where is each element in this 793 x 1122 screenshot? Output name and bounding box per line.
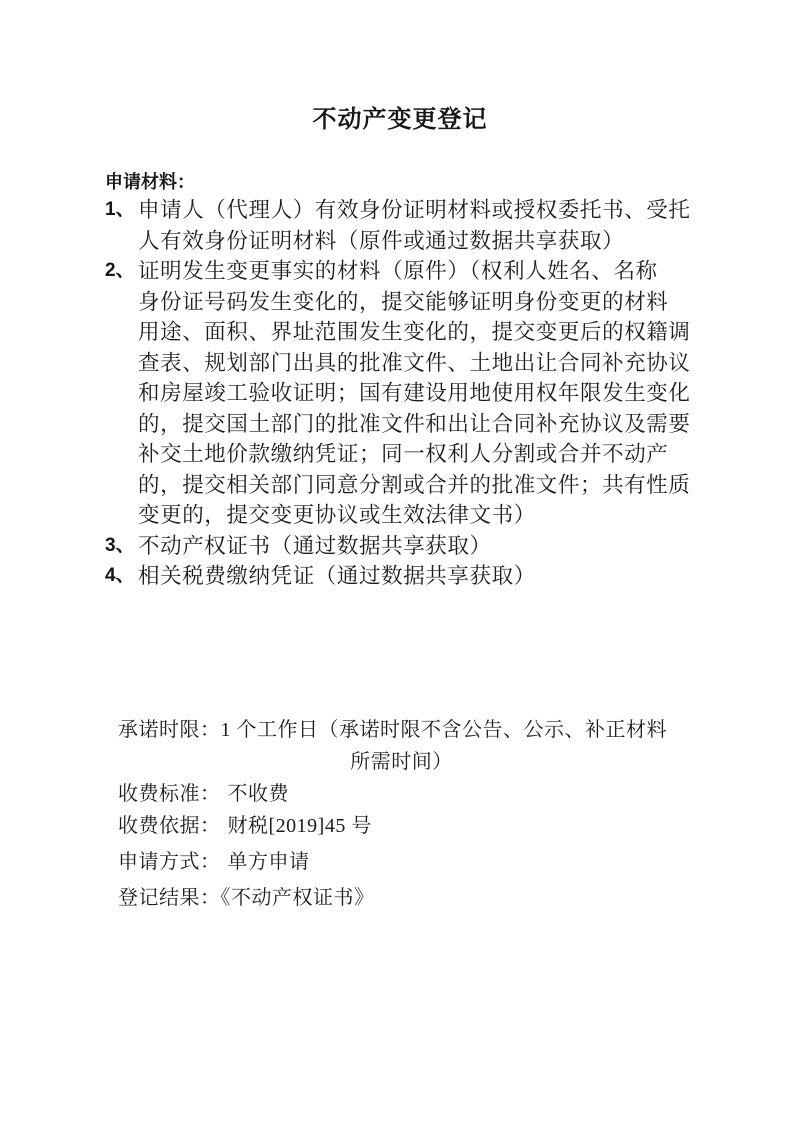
material-item-line: 申请人（代理人）有效身份证明材料或授权委托书、受托 bbox=[138, 195, 695, 226]
material-item-line: 和房屋竣工验收证明；国有建设用地使用权年限发生变化 bbox=[138, 378, 695, 409]
document-page: 不动产变更登记 申请材料： 1、 申请人（代理人）有效身份证明材料或授权委托书、… bbox=[0, 0, 793, 1122]
material-item-line: 人有效身份证明材料（原件或通过数据共享获取） bbox=[138, 226, 695, 257]
material-item-line: 相关税费缴纳凭证（通过数据共享获取） bbox=[138, 561, 695, 592]
material-item-number: 3、 bbox=[105, 531, 138, 562]
material-item-line: 补交土地价款缴纳凭证；同一权利人分割或合并不动产 bbox=[138, 439, 695, 470]
detail-value: 1 个工作日（承诺时限不含公告、公示、补正材料 bbox=[221, 719, 668, 741]
material-item-4: 4、 相关税费缴纳凭证（通过数据共享获取） bbox=[105, 561, 695, 592]
material-item-text: 相关税费缴纳凭证（通过数据共享获取） bbox=[138, 561, 695, 592]
detail-row-fee-standard: 收费标准：不收费 bbox=[118, 778, 695, 810]
material-item-line: 的，提交国土部门的批准文件和出让合同补充协议及需要 bbox=[138, 409, 695, 440]
material-item-line: 变更的，提交变更协议或生效法律文书） bbox=[138, 500, 695, 531]
material-item-number: 4、 bbox=[105, 561, 138, 592]
detail-label: 申请方式： bbox=[118, 851, 221, 873]
detail-row-application-method: 申请方式：单方申请 bbox=[118, 846, 695, 878]
detail-value: 单方申请 bbox=[228, 851, 310, 873]
material-item-text: 证明发生变更事实的材料（原件）（权利人姓名、名称身份证号码发生变化的，提交能够证… bbox=[138, 256, 695, 531]
detail-label: 登记结果： bbox=[118, 887, 221, 909]
detail-value: 不收费 bbox=[228, 783, 290, 805]
material-item-line: 身份证号码发生变化的，提交能够证明身份变更的材料 bbox=[138, 287, 695, 318]
detail-row-fee-basis: 收费依据：财税[2019]45 号 bbox=[118, 810, 695, 842]
material-item-text: 申请人（代理人）有效身份证明材料或授权委托书、受托人有效身份证明材料（原件或通过… bbox=[138, 195, 695, 256]
material-item-1: 1、 申请人（代理人）有效身份证明材料或授权委托书、受托人有效身份证明材料（原件… bbox=[105, 195, 695, 256]
material-item-number: 1、 bbox=[105, 195, 138, 226]
detail-label: 收费依据： bbox=[118, 815, 221, 837]
material-item-line: 的，提交相关部门同意分割或合并的批准文件；共有性质 bbox=[138, 470, 695, 501]
material-item-2: 2、 证明发生变更事实的材料（原件）（权利人姓名、名称身份证号码发生变化的，提交… bbox=[105, 256, 695, 531]
detail-value: 财税[2019]45 号 bbox=[228, 815, 372, 837]
document-title: 不动产变更登记 bbox=[105, 103, 695, 136]
detail-label: 承诺时限： bbox=[118, 719, 221, 741]
material-item-number: 2、 bbox=[105, 256, 138, 287]
materials-heading: 申请材料： bbox=[105, 169, 695, 195]
material-item-line: 查表、规划部门出具的批准文件、土地出让合同补充协议 bbox=[138, 348, 695, 379]
detail-row-promise-deadline: 承诺时限：1 个工作日（承诺时限不含公告、公示、补正材料 所需时间） bbox=[118, 714, 695, 778]
material-item-3: 3、 不动产权证书（通过数据共享获取） bbox=[105, 531, 695, 562]
detail-value: 《不动产权证书》 bbox=[221, 887, 375, 909]
material-item-line: 用途、面积、界址范围发生变化的，提交变更后的权籍调 bbox=[138, 317, 695, 348]
material-item-line: 不动产权证书（通过数据共享获取） bbox=[138, 531, 695, 562]
material-item-text: 不动产权证书（通过数据共享获取） bbox=[138, 531, 695, 562]
materials-list: 1、 申请人（代理人）有效身份证明材料或授权委托书、受托人有效身份证明材料（原件… bbox=[105, 195, 695, 592]
material-item-line: 证明发生变更事实的材料（原件）（权利人姓名、名称 bbox=[138, 256, 695, 287]
detail-row-registration-result: 登记结果：《不动产权证书》 bbox=[118, 882, 695, 914]
detail-label: 收费标准： bbox=[118, 783, 221, 805]
detail-value-second-line: 所需时间） bbox=[118, 746, 685, 778]
details-section: 承诺时限：1 个工作日（承诺时限不含公告、公示、补正材料 所需时间） 收费标准：… bbox=[105, 714, 695, 914]
